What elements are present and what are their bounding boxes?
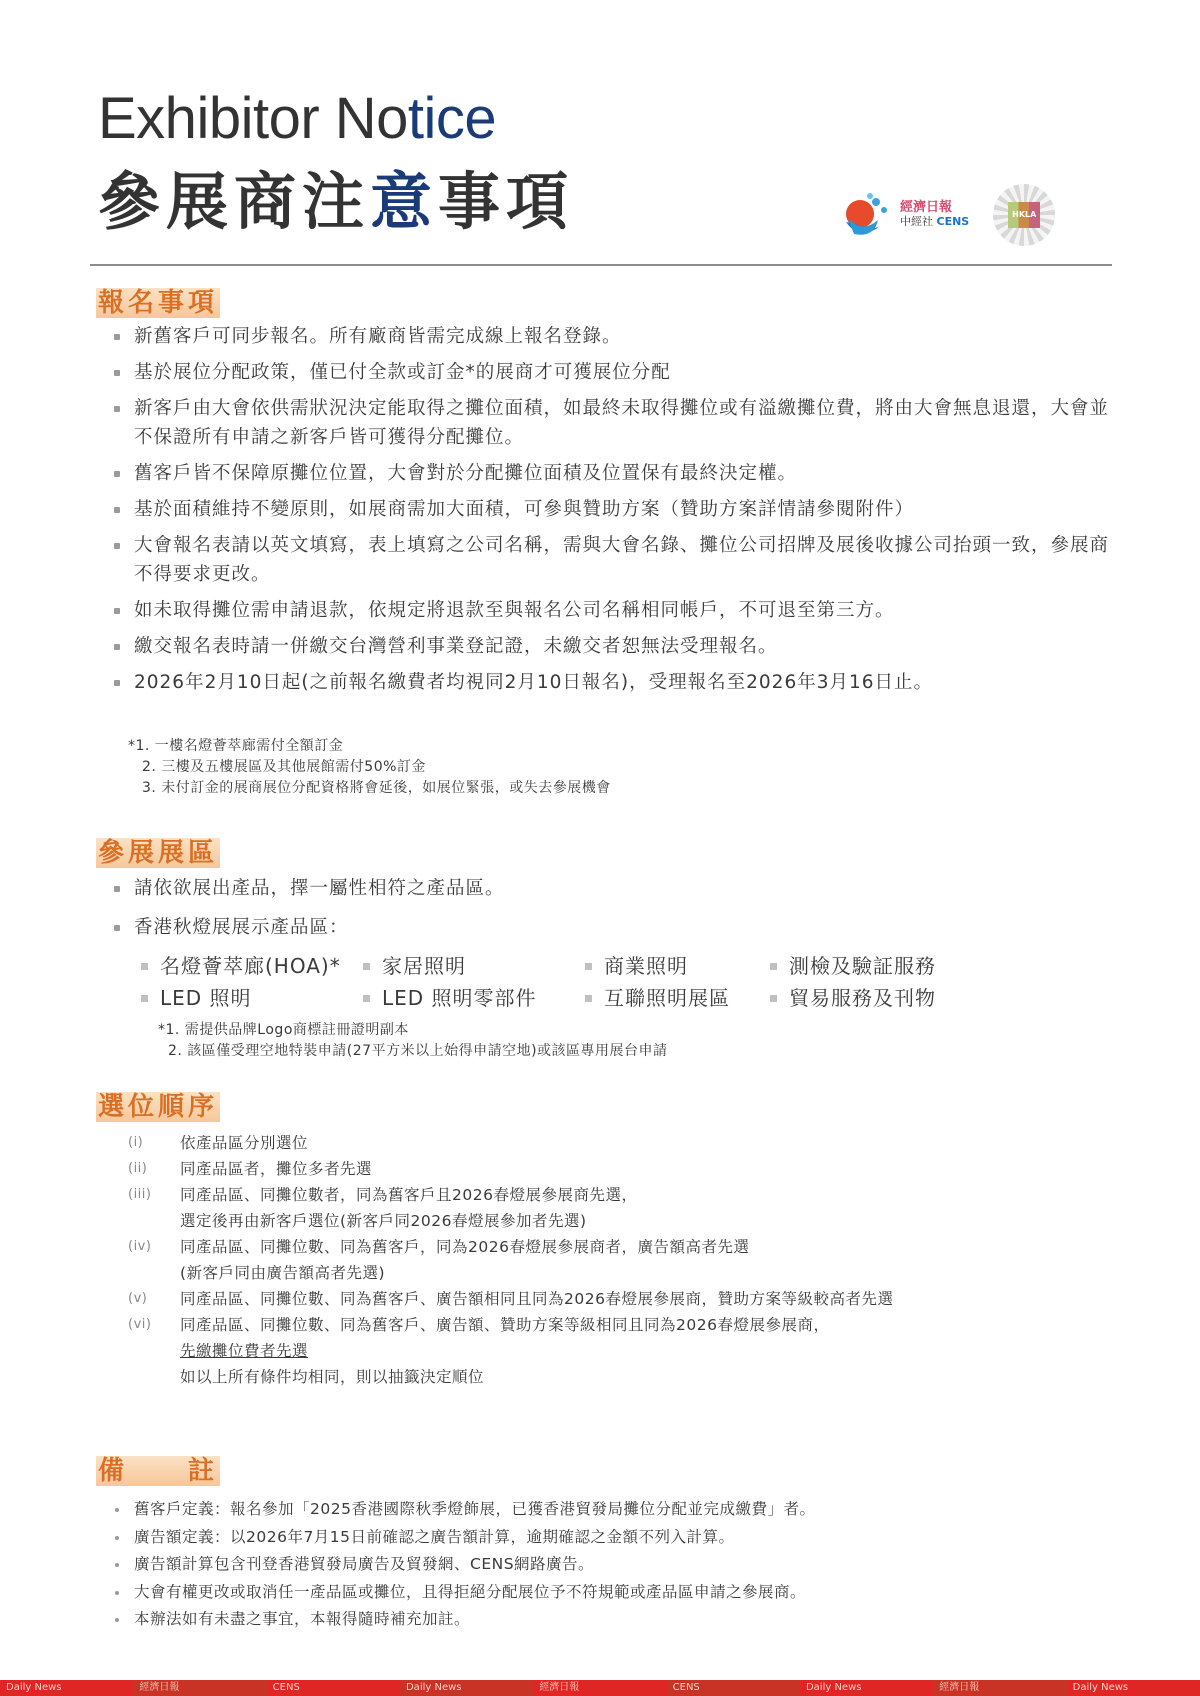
remarks-list: 舊客戶定義：報名參加「2025香港國際秋季燈飾展，已獲香港貿發局攤位分配並完成繳… — [112, 1496, 1112, 1634]
list-item: 基於面積維持不變原則，如展商需加大面積，可參與贊助方案（贊助方案詳情請參閱附件） — [112, 495, 1112, 524]
list-item: 新舊客戶可同步報名。所有廠商皆需完成線上報名登錄。 — [112, 322, 1112, 351]
zone-item: LED 照明 — [138, 984, 360, 1012]
cens-emblem-icon — [840, 188, 894, 242]
association-badge-icon: HKLA — [993, 184, 1055, 246]
selection-order-list: (i)依產品區分別選位 (ii)同產品區者，攤位多者先選 (iii)同產品區、同… — [128, 1130, 1128, 1390]
list-item: 新客戶由大會依供需狀況決定能取得之攤位面積，如最終未取得攤位或有溢繳攤位費，將由… — [112, 394, 1112, 452]
zone-item: 商業照明 — [582, 952, 767, 980]
zones-list: 請依欲展出產品，擇一屬性相符之產品區。 香港秋燈展展示產品區： — [112, 874, 1112, 949]
list-item: 大會有權更改或取消任一產品區或攤位，且得拒絕分配展位予不符規範或產品區申請之參展… — [112, 1579, 1112, 1607]
footnote: *1. 需提供品牌Logo商標註冊證明副本 — [158, 1020, 668, 1041]
order-row-continued: 選定後再由新客戶選位(新客戶同2026春燈展參加者先選) — [128, 1208, 1128, 1234]
title-chinese: 參展商注意事項 — [98, 162, 574, 242]
footer-banner: Daily News 經濟日報 CENS Daily News 經濟日報 CEN… — [0, 1680, 1200, 1696]
order-row: (vi)同產品區、同攤位數、同為舊客戶、廣告額、贊助方案等級相同且同為2026春… — [128, 1312, 1128, 1338]
order-row-continued: 如以上所有條件均相同，則以抽籤決定順位 — [128, 1364, 1128, 1390]
zone-item: 家居照明 — [360, 952, 582, 980]
zone-item: LED 照明零部件 — [360, 984, 582, 1012]
order-row: (v)同產品區、同攤位數、同為舊客戶、廣告額相同且同為2026春燈展參展商，贊助… — [128, 1286, 1128, 1312]
product-zone-grid: 名燈薈萃廊(HOA)* 家居照明 商業照明 測檢及驗証服務 LED 照明 LED… — [138, 952, 958, 1012]
list-item: 舊客戶皆不保障原攤位位置，大會對於分配攤位面積及位置保有最終決定權。 — [112, 459, 1112, 488]
cens-logo-subtitle: 中經社 CENS — [900, 215, 969, 229]
cens-logo: 經濟日報 中經社 CENS — [840, 188, 969, 242]
list-item: 基於展位分配政策，僅已付全款或訂金*的展商才可獲展位分配 — [112, 358, 1112, 387]
list-item: 請依欲展出產品，擇一屬性相符之產品區。 — [112, 874, 1112, 903]
order-row: (iii)同產品區、同攤位數者，同為舊客戶且2026春燈展參展商先選， — [128, 1182, 1128, 1208]
section-title-remarks: 備 註 — [96, 1454, 220, 1488]
registration-list: 新舊客戶可同步報名。所有廠商皆需完成線上報名登錄。 基於展位分配政策，僅已付全款… — [112, 322, 1112, 704]
footnote: 3. 未付訂金的展商展位分配資格將會延後，如展位緊張，或失去參展機會 — [128, 778, 611, 799]
list-item: 香港秋燈展展示產品區： — [112, 913, 1112, 942]
order-row: (i)依產品區分別選位 — [128, 1130, 1128, 1156]
section-title-order: 選位順序 — [96, 1090, 220, 1124]
footnote: *1. 一樓名燈薈萃廊需付全額訂金 — [128, 736, 611, 757]
zone-item: 互聯照明展區 — [582, 984, 767, 1012]
footnote: 2. 該區僅受理空地特裝申請(27平方米以上始得申請空地)或該區專用展台申請 — [158, 1041, 668, 1062]
section-title-registration: 報名事項 — [96, 286, 220, 320]
list-item: 廣告額定義：以2026年7月15日前確認之廣告額計算，逾期確認之金額不列入計算。 — [112, 1524, 1112, 1552]
list-item: 大會報名表請以英文填寫，表上填寫之公司名稱，需與大會名錄、攤位公司招牌及展後收據… — [112, 531, 1112, 589]
list-item: 如未取得攤位需申請退款，依規定將退款至與報名公司名稱相同帳戶，不可退至第三方。 — [112, 596, 1112, 625]
order-row-continued: 先繳攤位費者先選 — [128, 1338, 1128, 1364]
section-title-zones: 參展展區 — [96, 836, 220, 870]
footnote: 2. 三樓及五樓展區及其他展館需付50%訂金 — [128, 757, 611, 778]
order-row-continued: (新客戶同由廣告額高者先選) — [128, 1260, 1128, 1286]
logo-group: 經濟日報 中經社 CENS HKLA — [840, 180, 1055, 250]
list-item: 廣告額計算包含刊登香港貿發局廣告及貿發網、CENS網路廣告。 — [112, 1551, 1112, 1579]
zone-item: 名燈薈萃廊(HOA)* — [138, 952, 360, 980]
title-english: Exhibitor Notice — [98, 84, 496, 154]
zones-notes: *1. 需提供品牌Logo商標註冊證明副本 2. 該區僅受理空地特裝申請(27平… — [158, 1020, 668, 1062]
list-item: 2026年2月10日起(之前報名繳費者均視同2月10日報名)，受理報名至2026… — [112, 668, 1112, 697]
order-row: (ii)同產品區者，攤位多者先選 — [128, 1156, 1128, 1182]
list-item: 本辦法如有未盡之事宜，本報得隨時補充加註。 — [112, 1606, 1112, 1634]
zone-item: 測檢及驗証服務 — [767, 952, 967, 980]
zone-item: 貿易服務及刊物 — [767, 984, 967, 1012]
list-item: 繳交報名表時請一併繳交台灣營利事業登記證，未繳交者恕無法受理報名。 — [112, 632, 1112, 661]
document-header: Exhibitor Notice 參展商注意事項 經濟日報 中經社 CENS H… — [98, 84, 1113, 264]
cens-logo-title: 經濟日報 — [900, 201, 969, 215]
list-item: 舊客戶定義：報名參加「2025香港國際秋季燈飾展，已獲香港貿發局攤位分配並完成繳… — [112, 1496, 1112, 1524]
order-row: (iv)同產品區、同攤位數、同為舊客戶，同為2026春燈展參展商者，廣告額高者先… — [128, 1234, 1128, 1260]
header-divider — [90, 264, 1112, 266]
registration-notes: *1. 一樓名燈薈萃廊需付全額訂金 2. 三樓及五樓展區及其他展館需付50%訂金… — [128, 736, 611, 799]
